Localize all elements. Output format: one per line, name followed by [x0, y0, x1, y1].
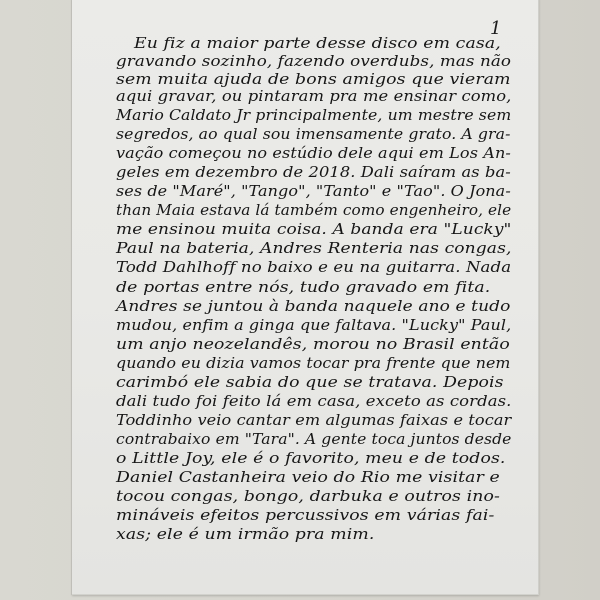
text-line: Eu fiz a maior parte desse disco em casa… — [134, 34, 501, 52]
text-line: me ensinou muita coisa. A banda era "Luc… — [116, 220, 511, 238]
text-line: Todd Dahlhoff no baixo e eu na guitarra.… — [116, 258, 511, 276]
text-line: dali tudo foi feito lá em casa, exceto a… — [116, 392, 512, 410]
text-line: ses de "Maré", "Tango", "Tanto" e "Tao".… — [116, 182, 511, 200]
text-line: mudou, enfim a ginga que faltava. "Lucky… — [116, 316, 511, 334]
text-line: o Little Joy, ele é o favorito, meu e de… — [116, 449, 506, 467]
text-line: tocou congas, bongo, darbuka e outros in… — [116, 487, 500, 505]
handwritten-page: 1 Eu fiz a maior parte desse disco em ca… — [72, 0, 539, 595]
text-line: Mario Caldato Jr principalmente, um mest… — [116, 106, 511, 124]
text-line: sem muita ajuda de bons amigos que viera… — [116, 70, 511, 88]
text-line: Paul na bateria, Andres Renteria nas con… — [116, 239, 512, 257]
text-line: than Maia estava lá também como engenhei… — [116, 201, 511, 219]
text-line: xas; ele é um irmão pra mim. — [116, 525, 374, 543]
text-line: carimbó ele sabia do que se tratava. Dep… — [116, 373, 504, 391]
text-line: contrabaixo em "Tara". A gente toca junt… — [116, 430, 512, 448]
text-line: gravando sozinho, fazendo overdubs, mas … — [116, 52, 511, 70]
text-line: Andres se juntou à banda naquele ano e t… — [116, 297, 510, 315]
text-line: Daniel Castanheira veio do Rio me visita… — [116, 468, 500, 486]
text-line: quando eu dizia vamos tocar pra frente q… — [116, 354, 511, 372]
text-line: Toddinho veio cantar em algumas faixas e… — [116, 411, 511, 429]
text-line: aqui gravar, ou pintaram pra me ensinar … — [116, 87, 511, 105]
text-line: geles em dezembro de 2018. Dali saíram a… — [116, 163, 511, 181]
text-line: segredos, ao qual sou imensamente grato.… — [116, 125, 511, 143]
text-line: de portas entre nós, tudo gravado em fit… — [116, 278, 490, 296]
text-line: mináveis efeitos percussivos em várias f… — [116, 506, 494, 524]
text-line: vação começou no estúdio dele aqui em Lo… — [116, 144, 511, 162]
text-line: um anjo neozelandês, morou no Brasil ent… — [116, 335, 510, 353]
